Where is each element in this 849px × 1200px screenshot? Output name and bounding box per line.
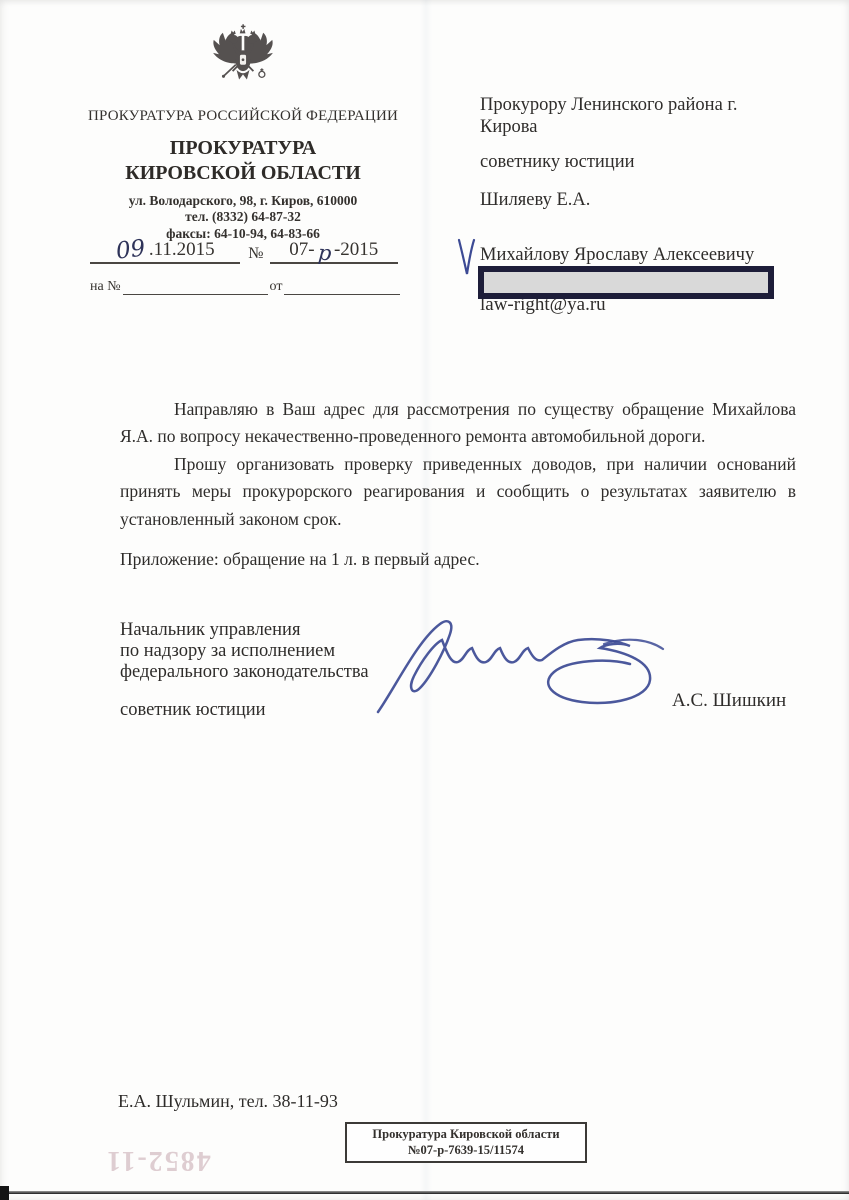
signer-name: А.С. Шишкин — [672, 690, 786, 712]
date-field: 09 .11.2015 — [90, 235, 240, 264]
federation-line: ПРОКУРАТУРА РОССИЙСКОЙ ФЕДЕРАЦИИ — [84, 108, 402, 125]
incoming-reference-row: на № от — [90, 278, 400, 295]
stamp-number-line: №07-р-7639-15/11574 — [351, 1142, 581, 1158]
emblem-wrap — [84, 24, 402, 102]
signer-position-line1: Начальник управления — [120, 620, 369, 641]
org-name-line2: КИРОВСКОЙ ОБЛАСТИ — [84, 161, 402, 186]
recipient-second-addressee: Михайлову Ярославу Алексеевичу — [480, 245, 754, 267]
outgoing-number-field: 07- р -2015 — [270, 237, 399, 264]
scanned-letter-page: ПРОКУРАТУРА РОССИЙСКОЙ ФЕДЕРАЦИИ ПРОКУРА… — [0, 0, 849, 1200]
phone-line: тел. (8332) 64-87-32 — [84, 209, 402, 225]
recipient-prosecutor: Прокурору Ленинского района г. Кирова — [480, 95, 770, 139]
scan-edge-corner — [0, 1186, 9, 1200]
russian-double-headed-eagle-icon — [204, 24, 282, 100]
signer-position-line3: федерального законодательства — [120, 662, 369, 683]
handwritten-date-day: 09 — [114, 235, 146, 264]
registration-stamp: Прокуратура Кировской области №07-р-7639… — [345, 1122, 587, 1163]
letterhead: ПРОКУРАТУРА РОССИЙСКОЙ ФЕДЕРАЦИИ ПРОКУРА… — [84, 24, 402, 242]
recipient-name: Шиляеву Е.А. — [480, 190, 590, 212]
date-printed-part: .11.2015 — [149, 239, 215, 261]
handwritten-checkmark-icon — [455, 237, 477, 284]
signer-position-block: Начальник управления по надзору за испол… — [120, 620, 369, 721]
number-sign: № — [240, 245, 269, 264]
org-name: ПРОКУРАТУРА КИРОВСКОЙ ОБЛАСТИ — [84, 136, 402, 186]
executor-contact: Е.А. Шульмин, тел. 38-11-93 — [118, 1091, 338, 1112]
incoming-number-blank — [123, 278, 268, 295]
attachment-line: Приложение: обращение на 1 л. в первый а… — [120, 546, 796, 573]
stamp-org-line: Прокуратура Кировской области — [351, 1126, 581, 1142]
letter-body: Направляю в Ваш адрес для рассмотрения п… — [120, 396, 796, 574]
incoming-date-label: от — [268, 279, 285, 295]
reference-date-row: 09 .11.2015 № 07- р -2015 — [90, 235, 398, 264]
handwritten-signature-icon — [368, 600, 668, 725]
number-suffix: -2015 — [334, 239, 378, 261]
number-prefix: 07- — [289, 239, 314, 261]
handwritten-number-letter: р — [314, 240, 335, 265]
signer-position-line2: по надзору за исполнением — [120, 641, 369, 662]
body-paragraph-2: Прошу организовать проверку приведенных … — [120, 451, 796, 533]
address-line: ул. Володарского, 98, г. Киров, 610000 — [84, 193, 402, 209]
scan-edge-line — [0, 1191, 849, 1194]
incoming-date-blank — [284, 278, 400, 295]
bleed-through-number: 4852-11 — [105, 1144, 211, 1176]
incoming-number-label: на № — [90, 279, 123, 295]
redacted-address-bar — [478, 266, 774, 299]
signer-rank: советник юстиции — [120, 700, 369, 721]
body-paragraph-1: Направляю в Ваш адрес для рассмотрения п… — [120, 396, 796, 451]
recipient-rank: советнику юстиции — [480, 152, 635, 174]
org-name-line1: ПРОКУРАТУРА — [84, 136, 402, 161]
